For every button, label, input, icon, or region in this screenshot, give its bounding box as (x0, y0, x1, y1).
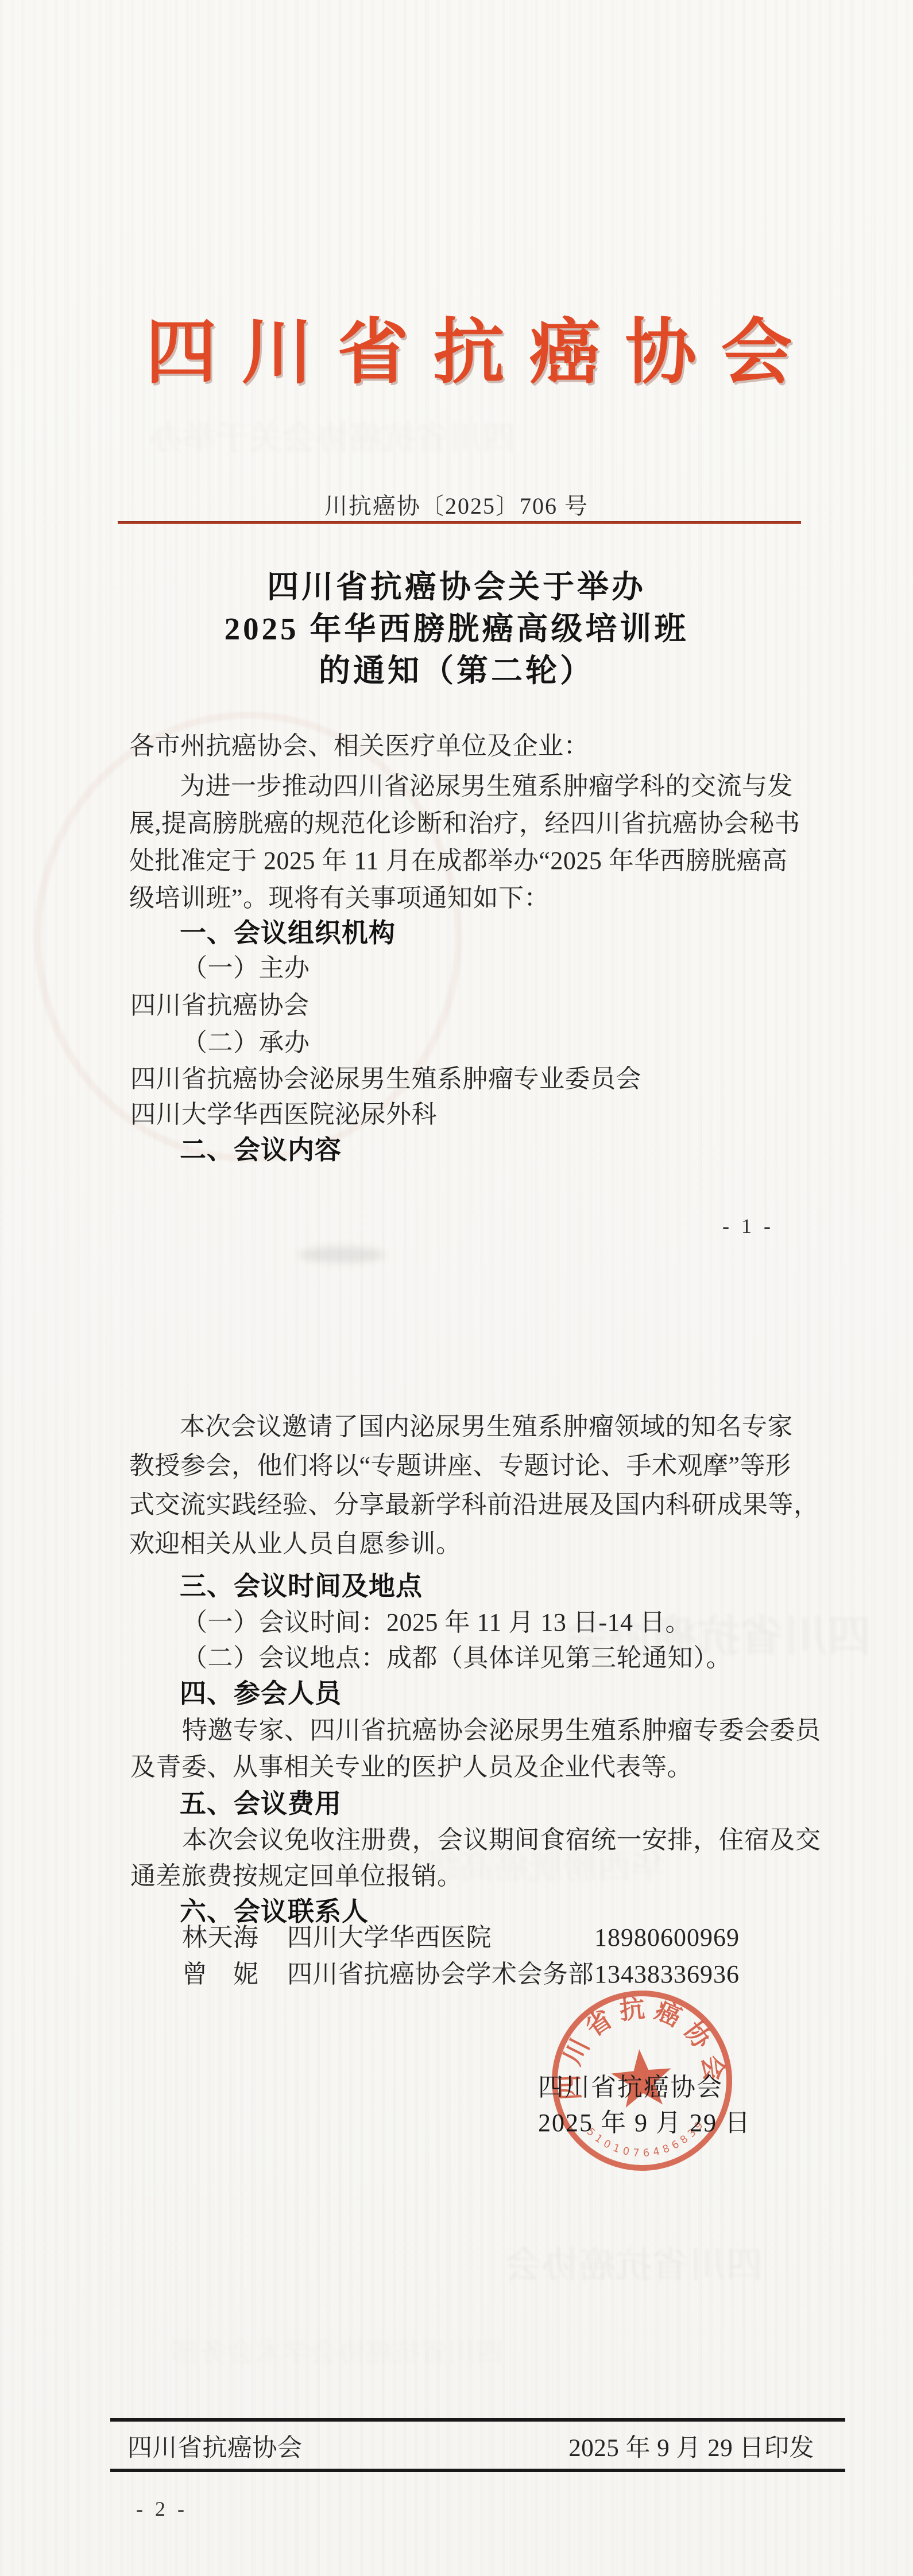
page-number-1: - 1 - (722, 1214, 774, 1238)
para-line: 本次会议邀请了国内泌尿男生殖系肿瘤领域的知名专家 (180, 1411, 793, 1442)
org-header-title: 四川省抗癌协会 (0, 310, 913, 396)
attendee-line: 及青委、从事相关专业的医护人员及企业代表等。 (130, 1751, 693, 1783)
organizer-label: （二）承办 (182, 1027, 310, 1058)
bleed-through-text: 四川省抗癌协会学术会务部 (172, 2330, 503, 2370)
footer-print-date: 2025 年 9 月 29 日印发 (568, 2433, 814, 2464)
intro-line: 级培训班”。现将有关事项通知如下： (129, 882, 550, 914)
contact-org: 四川大学华西医院 (287, 1922, 492, 1953)
section-heading-3: 三、会议时间及地点 (180, 1570, 423, 1602)
bleed-through-text: 四川省抗癌协会 (505, 2236, 763, 2288)
contact-row: 林天海 四川大学华西医院 18980600969 (0, 1922, 913, 1955)
para-line: 欢迎相关从业人员自愿参训。 (129, 1528, 462, 1559)
organizer-1: 四川省抗癌协会泌尿男生殖系肿瘤专业委员会 (130, 1063, 641, 1095)
section-heading-2: 二、会议内容 (180, 1134, 342, 1166)
footer-divider-bottom (110, 2469, 845, 2472)
salutation: 各市州抗癌协会、相关医疗单位及企业： (129, 730, 589, 762)
contact-name: 林天海 (182, 1922, 259, 1953)
footer-issuer: 四川省抗癌协会 (127, 2433, 303, 2464)
notice-title-line-3: 的通知（第二轮） (0, 650, 913, 692)
scanned-notice-document: 四川省抗癌协会关于举办 四川省抗癌协会 华西膀胱癌高级培训班 四川省抗癌协会 四… (0, 0, 913, 2576)
fee-line: 通差旅费按规定回单位报销。 (130, 1860, 463, 1892)
host-label: （一）主办 (182, 952, 310, 984)
footer-divider-top (110, 2418, 845, 2422)
contact-row: 曾 妮 四川省抗癌协会学术会务部 13438336936 (0, 1958, 913, 1992)
para-line: 教授参会，他们将以“专题讲座、专题讨论、手术观摩”等形 (129, 1450, 791, 1481)
signoff-date: 2025 年 9 月 29 日 (538, 2102, 751, 2139)
meeting-venue-line: （二）会议地点：成都（具体详见第三轮通知）。 (182, 1642, 732, 1674)
contact-org: 四川省抗癌协会学术会务部 (287, 1958, 594, 1990)
organizer-2: 四川大学华西医院泌尿外科 (130, 1099, 437, 1130)
signoff-org: 四川省抗癌协会 (538, 2066, 723, 2103)
host-name: 四川省抗癌协会 (130, 990, 310, 1021)
contact-phone: 18980600969 (594, 1922, 740, 1953)
notice-title-line-1: 四川省抗癌协会关于举办 (0, 566, 913, 608)
section-heading-1: 一、会议组织机构 (180, 917, 396, 949)
meeting-time-line: （一）会议时间：2025 年 11 月 13 日-14 日。 (182, 1607, 691, 1638)
intro-line: 展,提高膀胱癌的规范化诊断和治疗，经四川省抗癌协会秘书 (129, 808, 800, 839)
page-number-2: - 2 - (136, 2497, 188, 2521)
section-heading-4: 四、参会人员 (180, 1678, 342, 1709)
intro-line: 处批准定于 2025 年 11 月在成都举办“2025 年华西膀胱癌高 (129, 845, 787, 876)
attendee-line: 特邀专家、四川省抗癌协会泌尿男生殖系肿瘤专委会委员 (182, 1714, 821, 1746)
bleed-through-text: 四川省抗癌协会关于举办 (149, 411, 516, 459)
red-divider (118, 521, 801, 524)
notice-title-line-2: 2025 年华西膀胱癌高级培训班 (0, 608, 913, 650)
para-line: 式交流实践经验、分享最新学科前沿进展及国内科研成果等， (129, 1489, 819, 1520)
section-heading-5: 五、会议费用 (180, 1788, 342, 1820)
scan-smudge (299, 1247, 385, 1263)
fee-line: 本次会议免收注册费，会议期间食宿统一安排，住宿及交 (182, 1824, 821, 1856)
doc-number: 川抗癌协〔2025〕706 号 (0, 488, 913, 521)
contact-name: 曾 妮 (182, 1958, 259, 1990)
intro-line: 为进一步推动四川省泌尿男生殖系肿瘤学科的交流与发 (180, 770, 793, 802)
